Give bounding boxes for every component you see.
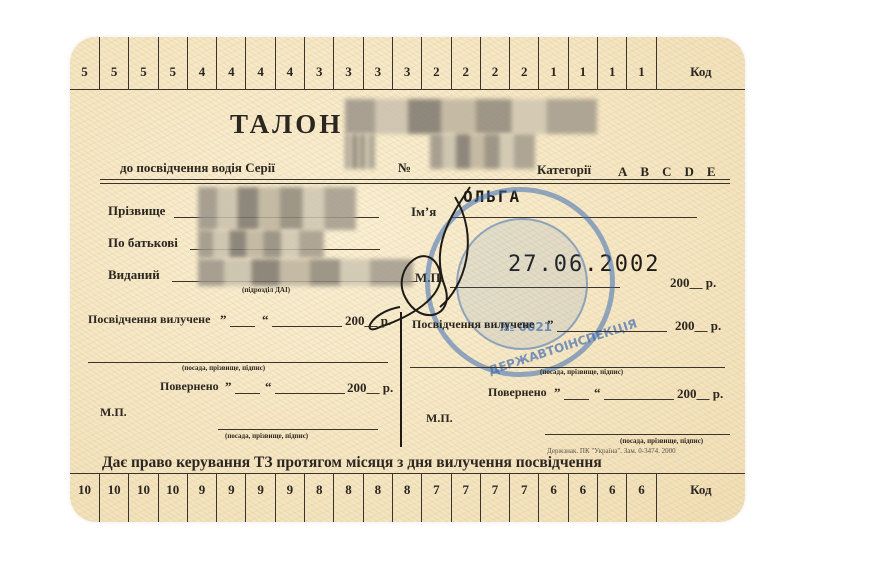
right-quote-open: ” <box>547 317 554 333</box>
bottom-code-label: Код <box>657 474 745 522</box>
top-code-cell: 1 <box>627 37 656 89</box>
left-revoked-label: Посвідчення вилучене <box>88 312 210 327</box>
driver-license-coupon: 55554444333322221111Код ТАЛОН до посвідч… <box>70 37 745 522</box>
bottom-code-cell: 10 <box>70 474 100 522</box>
bottom-code-cell: 9 <box>246 474 275 522</box>
top-code-cell: 3 <box>305 37 334 89</box>
bottom-code-cell: 6 <box>539 474 568 522</box>
left-mp-label: М.П. <box>100 405 127 420</box>
number-label: № <box>398 160 411 176</box>
top-code-cell: 5 <box>129 37 158 89</box>
top-code-cell: 4 <box>217 37 246 89</box>
bottom-code-cell: 9 <box>217 474 246 522</box>
right-returned-quote-close: “ <box>594 385 601 401</box>
top-code-cell: 1 <box>539 37 568 89</box>
right-returned-label: Повернено <box>488 385 547 400</box>
top-code-cell: 4 <box>246 37 275 89</box>
top-code-cell: 3 <box>393 37 422 89</box>
redacted-surname <box>198 187 356 230</box>
right-revoked-label: Посвідчення вилучене <box>412 317 534 332</box>
top-code-cell: 5 <box>100 37 129 89</box>
left-returned-quote-close: “ <box>265 379 272 395</box>
category-d: D <box>684 164 706 179</box>
right-position-caption-2: (посада, прізвище, підпис) <box>620 437 703 445</box>
category-a: A <box>618 164 640 179</box>
issued-label: Виданий <box>108 267 160 283</box>
bottom-code-cell: 9 <box>276 474 305 522</box>
right-returned-quote-open: ” <box>554 385 561 401</box>
top-code-label: Код <box>657 37 745 89</box>
bottom-code-cell: 7 <box>510 474 539 522</box>
bottom-code-cell: 9 <box>188 474 217 522</box>
bottom-code-cell: 6 <box>598 474 627 522</box>
patronymic-label: По батькові <box>108 235 178 251</box>
issued-caption: (підрозділ ДАІ) <box>242 286 290 294</box>
left-returned-label: Повернено <box>160 379 219 394</box>
redacted-patronymic <box>198 230 324 258</box>
top-code-cell: 1 <box>598 37 627 89</box>
redacted-title-extension <box>345 99 597 134</box>
footer-note: Дає право керування ТЗ протягом місяця з… <box>102 454 602 472</box>
bottom-code-cell: 8 <box>334 474 363 522</box>
bottom-code-cell: 7 <box>452 474 481 522</box>
top-code-cell: 5 <box>159 37 188 89</box>
top-code-cell: 4 <box>276 37 305 89</box>
right-revoked-year: 200__ р. <box>675 318 721 334</box>
right-mp-label: М.П. <box>426 411 453 426</box>
right-position-caption: (посада, прізвище, підпис) <box>540 368 623 376</box>
left-returned-quote-open: ” <box>225 379 232 395</box>
bottom-code-cell: 8 <box>305 474 334 522</box>
categories-list: ABCDE <box>618 164 729 180</box>
top-code-cell: 3 <box>334 37 363 89</box>
issue-year-suffix: 200__ р. <box>670 275 716 291</box>
top-code-cell: 2 <box>422 37 451 89</box>
top-code-cell: 2 <box>452 37 481 89</box>
categories-label: Категорії <box>537 162 591 178</box>
left-revoked-year: 200__ р. <box>345 313 391 329</box>
bottom-code-cell: 8 <box>393 474 422 522</box>
top-code-strip: 55554444333322221111Код <box>70 37 745 90</box>
bottom-code-cell: 6 <box>569 474 598 522</box>
left-quote-open: ” <box>220 312 227 328</box>
left-position-caption-2: (посада, прізвище, підпис) <box>225 432 308 440</box>
category-e: E <box>707 164 729 179</box>
top-code-cell: 1 <box>569 37 598 89</box>
bottom-code-cell: 10 <box>100 474 129 522</box>
top-code-cell: 3 <box>364 37 393 89</box>
bottom-code-strip: 101010109999888877776666Код <box>70 473 745 522</box>
top-code-cell: 2 <box>481 37 510 89</box>
redacted-number <box>430 134 535 169</box>
right-returned-year: 200__ р. <box>677 386 723 402</box>
subtitle: до посвідчення водія Серії <box>120 160 275 176</box>
surname-label: Прізвище <box>108 203 165 219</box>
bottom-code-cell: 7 <box>422 474 451 522</box>
category-c: C <box>662 164 684 179</box>
left-returned-year: 200__ р. <box>347 380 393 396</box>
category-b: B <box>640 164 662 179</box>
bottom-code-cell: 10 <box>129 474 158 522</box>
bottom-code-cell: 7 <box>481 474 510 522</box>
top-code-cell: 2 <box>510 37 539 89</box>
section-divider <box>400 312 402 447</box>
bottom-code-cell: 8 <box>364 474 393 522</box>
redacted-series <box>345 134 375 169</box>
top-code-cell: 4 <box>188 37 217 89</box>
top-code-cell: 5 <box>70 37 100 89</box>
bottom-code-cell: 6 <box>627 474 656 522</box>
left-quote-close: “ <box>262 312 269 328</box>
left-position-caption: (посада, прізвище, підпис) <box>182 364 265 372</box>
document-title: ТАЛОН <box>230 109 343 140</box>
bottom-code-cell: 10 <box>159 474 188 522</box>
